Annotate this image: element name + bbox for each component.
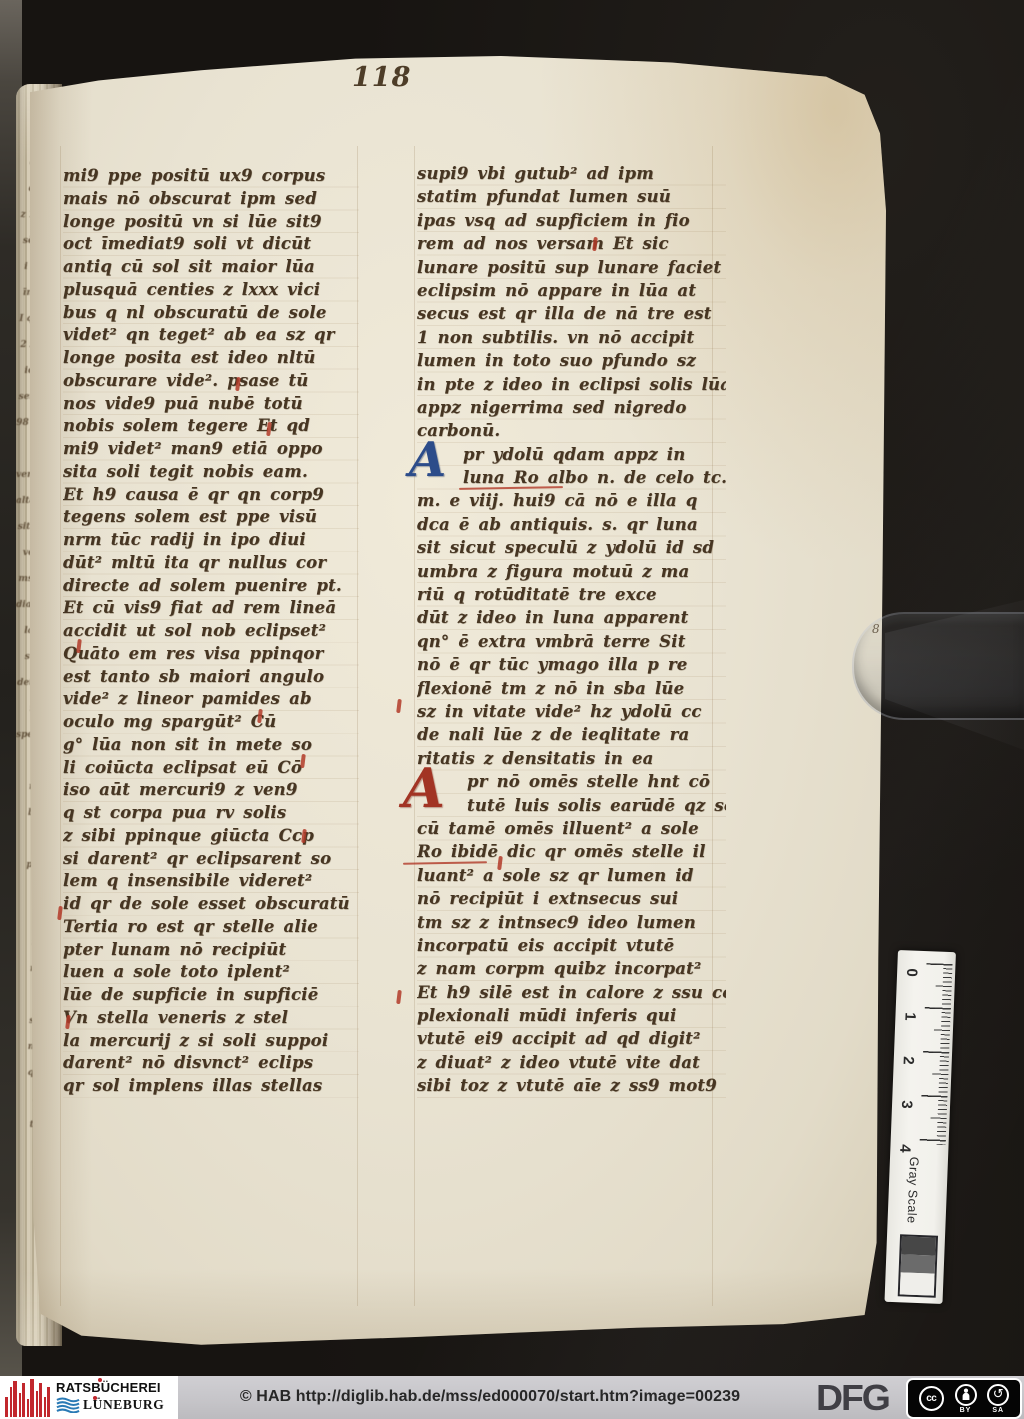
manuscript-line: z nam corpm quibz incorpat² [417, 957, 726, 980]
cc-icon: cc [919, 1386, 944, 1411]
manuscript-line: li coiūcta eclipsat eū Cō [63, 757, 359, 780]
ruler-number: 3 [899, 1096, 916, 1113]
manuscript-line: tegens solem est ppe visū [63, 506, 359, 529]
manuscript-line: lumen in toto suo pfundo sz [417, 349, 726, 372]
ruler-number: 4 [897, 1140, 914, 1157]
manuscript-line: id qr de sole esset obscuratū [63, 893, 359, 916]
cc-sa-label: SA [992, 1407, 1004, 1414]
cc-by-person-icon [955, 1384, 977, 1406]
manuscript-line: qn° ē extra vmbrā terre Sit [417, 630, 726, 653]
manuscript-line: pr ydolū qdam appz in [417, 443, 726, 466]
manuscript-line: Quāto em res visa ppinqor [63, 643, 359, 666]
manuscript-line: nos vide9 puā nubē totū [63, 393, 359, 416]
manuscript-line: carbonū. [417, 419, 726, 442]
manuscript-line: appz nigerrima sed nigredo [417, 396, 726, 419]
manuscript-line: g° lūa non sit in mete so [63, 734, 359, 757]
illuminated-initial-blue: A [409, 436, 446, 484]
ruler-number: 0 [904, 964, 921, 981]
manuscript-line: nō ē qr tūc ymago illa p re [417, 653, 726, 676]
cc-sa-icon [987, 1384, 1009, 1406]
manuscript-line: sita soli tegit nobis eam. [63, 461, 359, 484]
manuscript-line: nobis solem tegere Et qd [63, 415, 359, 438]
gray-patch-white [900, 1272, 935, 1295]
manuscript-line: plexionali mūdi inferis qui [417, 1004, 726, 1027]
manuscript-line: riū q rotūditatē tre exce [417, 583, 726, 606]
manuscript-line: ritatis z densitatis in ea [417, 747, 726, 770]
cc-by-label: BY [960, 1407, 972, 1414]
manuscript-line: mais nō obscurat ipm sed [63, 188, 359, 211]
manuscript-line: lunare positū sup lunare faciet [417, 256, 726, 279]
manuscript-line: rem ad nos versam Et sic [417, 232, 726, 255]
manuscript-line: eclipsim nō appare in lūa at [417, 279, 726, 302]
manuscript-line: flexionē tm z nō in sba lūe [417, 677, 726, 700]
manuscript-line: sibi toz z vtutē aīe z ss9 mot9 [417, 1074, 726, 1097]
manuscript-line: incorpatū eis accipit vtutē [417, 934, 726, 957]
manuscript-line: Ro ibidē dic qr omēs stelle il [417, 840, 726, 863]
rubric-mark [57, 906, 62, 920]
manuscript-line: dūt² mltū ita qr nullus cor [63, 552, 359, 575]
manuscript-line: sz in vitate vide² hz ydolū cc [417, 700, 726, 723]
manuscript-line: oct īmediat9 soli vt dicūt [63, 233, 359, 256]
manuscript-line: mi9 ppe positū ux9 corpus [63, 165, 359, 188]
folio-number: 118 [352, 62, 411, 93]
ruling-line [60, 146, 61, 1306]
manuscript-line: longe posita est ideo nltū [63, 347, 359, 370]
manuscript-line: longe positū vn si lūe sit9 [63, 211, 359, 234]
manuscript-line: antiq cū sol sit maior lūa [63, 256, 359, 279]
manuscript-line: Et h9 silē est in calore z ssu cō [417, 981, 726, 1004]
manuscript-line: luen a sole toto iplent² [63, 961, 359, 984]
manuscript-line: sit sicut speculū z ydolū id sd [417, 536, 726, 559]
manuscript-line: tutē luis solis earūdē qz sol [417, 794, 726, 817]
manuscript-line: 1 non subtilis. vn nō accipit [417, 326, 726, 349]
manuscript-line: la mercurij z si soli suppoi [63, 1030, 359, 1053]
manuscript-line: accidit ut sol nob eclipset² [63, 620, 359, 643]
manuscript-line: cū tamē omēs illuent² a sole [417, 817, 726, 840]
manuscript-line: pr nō omēs stelle hnt cō [417, 770, 726, 793]
manuscript-line: ipas vsq ad supficiem in fio [417, 209, 726, 232]
manuscript-line: qr sol implens illas stellas [63, 1075, 359, 1098]
manuscript-line: videt² qn teget² ab ea sz qr [63, 324, 359, 347]
cc-by-group: BY [955, 1384, 977, 1414]
manuscript-line: est tanto sb maiori angulo [63, 666, 359, 689]
manuscript-line: iso aūt mercuri9 z ven9 [63, 779, 359, 802]
rubric-mark [396, 699, 401, 713]
illuminated-initial-red: A [403, 761, 445, 815]
manuscript-line: Vn stella veneris z stel [63, 1007, 359, 1030]
manuscript-line: lem q insensibile videret² [63, 870, 359, 893]
manuscript-line: z sibi ppinque giūcta Ccp [63, 825, 359, 848]
cc-license-badge: cc BY SA [906, 1378, 1022, 1419]
rubric-mark [396, 990, 401, 1004]
manuscript-line: Tertia ro est qr stelle alie [63, 916, 359, 939]
left-text-column: mi9 ppe positū ux9 corpusmais nō obscura… [63, 165, 359, 1105]
logo-umlaut-dot [98, 1378, 102, 1382]
manuscript-line: luant² a sole sz qr lumen id [417, 864, 726, 887]
manuscript-line: plusquā centies z lxxx vici [63, 279, 359, 302]
manuscript-line: luna Ro albo n. de celo tc. [417, 466, 726, 489]
manuscript-line: statim pfundat lumen suū [417, 185, 726, 208]
manuscript-line: darent² nō disvnct² eclips [63, 1052, 359, 1075]
manuscript-line: m. e viij. hui9 cā nō e illa q [417, 489, 726, 512]
manuscript-line: Et cū vis9 fiat ad rem lineā [63, 597, 359, 620]
dfg-logo: DFG [816, 1377, 889, 1419]
manuscript-line: in pte z ideo in eclipsi solis lūa [417, 373, 726, 396]
manuscript-line: Et h9 causa ē qr qn corp9 [63, 484, 359, 507]
manuscript-line: supi9 vbi gutub² ad ipm [417, 162, 726, 185]
manuscript-line: bus q nl obscuratū de sole [63, 302, 359, 325]
ruler-number: 2 [900, 1052, 917, 1069]
manuscript-line: si darent² qr eclipsarent so [63, 848, 359, 871]
gray-patch-dark [901, 1236, 936, 1255]
manuscript-line: z diuat² z ideo vtutē vite dat [417, 1051, 726, 1074]
manuscript-line: nrm tūc radij in ipo diui [63, 529, 359, 552]
manuscript-line: de nali lūe z de ieqlitate ra [417, 723, 726, 746]
manuscript-line: nō recipiūt i extnsecus sui [417, 887, 726, 910]
manuscript-line: obscurare vide². psase tū [63, 370, 359, 393]
grayscale-patches [898, 1234, 938, 1297]
digitized-manuscript-photo: hocb octdōmtdiurbz 12 vdsēnt sii omplīnt… [0, 0, 1024, 1419]
footer-bar: RATSBÜCHEREI LÜNEBURG © HAB http://digli… [0, 1376, 1024, 1419]
page-holder-clip [852, 612, 1024, 720]
ruler-number: 1 [902, 1008, 919, 1025]
cc-sa-group: SA [987, 1384, 1009, 1414]
manuscript-line: pter lunam nō recipiūt [63, 939, 359, 962]
manuscript-line: dca ē ab antiquis. s. qr luna [417, 513, 726, 536]
ruling-line [414, 146, 415, 1306]
manuscript-line: dūt z ideo in luna apparent [417, 606, 726, 629]
manuscript-line: tm sz z intnsec9 ideo lumen [417, 911, 726, 934]
manuscript-line: lūe de supficie in supficiē [63, 984, 359, 1007]
gray-patch-mid [901, 1254, 936, 1273]
manuscript-line: mi9 videt² man9 etiā oppo [63, 438, 359, 461]
manuscript-line: vide² z lineor pamides ab [63, 688, 359, 711]
manuscript-line: umbra z figura motuū z ma [417, 560, 726, 583]
manuscript-line: directe ad solem puenire pt. [63, 575, 359, 598]
gray-scale-label: Gray Scale [905, 1157, 922, 1224]
manuscript-line: secus est qr illa de nā tre est [417, 302, 726, 325]
right-text-column: supi9 vbi gutub² ad ipmstatim pfundat lu… [417, 162, 726, 1106]
manuscript-line: oculo mg spargūt² Cū [63, 711, 359, 734]
manuscript-page: 118 mi9 ppe positū ux9 corpusmais nō obs… [30, 56, 886, 1346]
manuscript-line: vtutē ei9 accipit ad qd digit² [417, 1027, 726, 1050]
manuscript-line: q st corpa pua rv solis [63, 802, 359, 825]
